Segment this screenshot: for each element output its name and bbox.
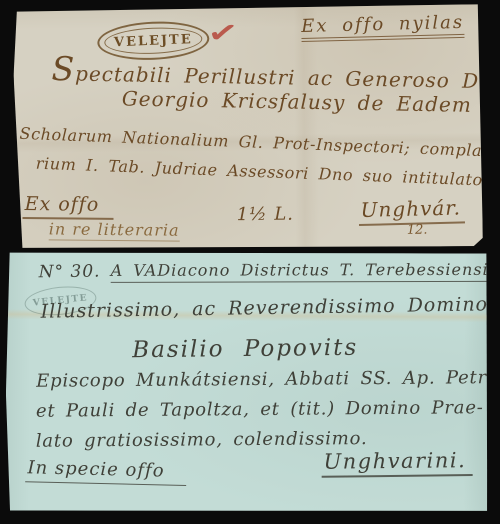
sender-header-note: A VADiacono Districtus T. Terebessiensis…: [111, 260, 489, 283]
address-line-2: Georgio Kricsfalusy de Eadem: [122, 86, 472, 116]
in-re-litteraria-note: in re litteraria: [49, 219, 180, 241]
destination-unghvarini: Unghvarini.: [321, 448, 472, 478]
address-line-3: Episcopo Munkátsiensi, Abbati SS. Ap. Pe…: [36, 367, 489, 392]
destination-unghvar: Unghvár.: [358, 195, 465, 226]
corner-note: Ex offo nyilas: [301, 12, 465, 42]
postal-rate-note: 1½ L.: [237, 204, 294, 225]
top-letter-cover: VELEJTE ✓ Ex offo nyilas Spectabili Peri…: [13, 4, 483, 250]
ex-offo-note: Ex offo: [22, 193, 113, 220]
weight-number: 12.: [407, 223, 428, 238]
photo-of-two-letters: VELEJTE ✓ Ex offo nyilas Spectabili Peri…: [0, 0, 500, 524]
registry-number: N° 30.: [39, 262, 101, 283]
in-specie-offo-note: In specie offo: [25, 457, 187, 486]
address-line-5: lato gratiosissimo, colendissimo.: [36, 428, 368, 452]
red-checkmark-icon: ✓: [206, 15, 241, 51]
bottom-letter-cover: N° 30. A VADiacono Districtus T. Terebes…: [5, 251, 489, 514]
address-line-1: Illustrissimo, ac Reverendissimo Domino: [40, 293, 488, 322]
address-line-4: rium I. Tab. Judriae Assessori Dno suo i…: [35, 154, 482, 190]
addressee-name: Basilio Popovits: [132, 335, 358, 364]
address-line-4: et Pauli de Tapoltza, et (tit.) Domino P…: [36, 397, 484, 422]
